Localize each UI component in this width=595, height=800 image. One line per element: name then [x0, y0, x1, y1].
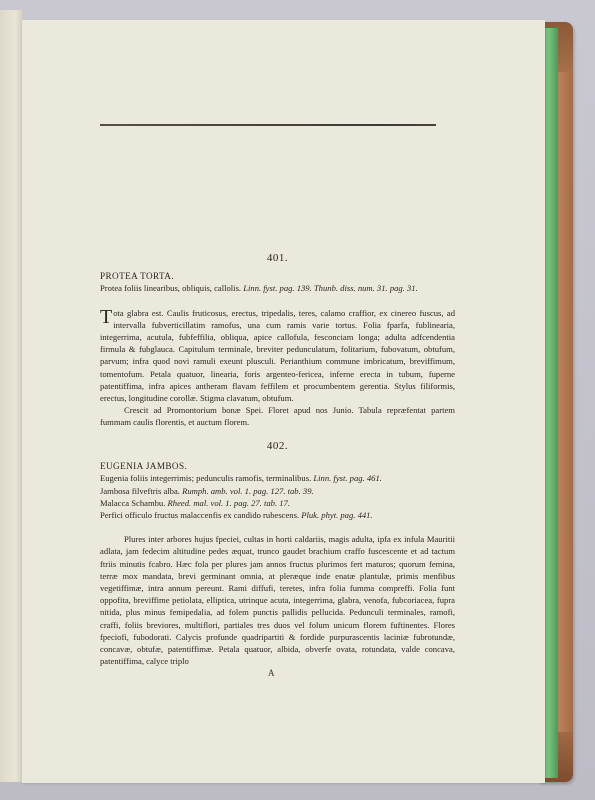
synonym-reference: Rheed. mal. vol. 1. pag. 27. tab. 17.	[168, 498, 290, 508]
entry-title: PROTEA TORTA.	[100, 270, 455, 282]
synonym-line: Perfici officulo fructus malaccenfis ex …	[100, 509, 455, 521]
description-paragraph: Tota glabra est. Caulis fruticosus, erec…	[100, 307, 455, 405]
synonym-text: Eugenia foliis integerrimis; pedunculis …	[100, 473, 311, 483]
synonym-text: Protea foliis linearibus, obliquis, call…	[100, 283, 241, 293]
description-paragraph: Plures inter arbores hujus fpeciei, cult…	[100, 533, 455, 667]
habitat-paragraph: Crescit ad Promontorium bonæ Spei. Flore…	[100, 404, 455, 428]
synonym-line: Jambosa filveftris alba. Rumph. amb. vol…	[100, 485, 455, 497]
synonym-line: Eugenia foliis integerrimis; pedunculis …	[100, 472, 455, 484]
synonym-reference: Linn. fyst. pag. 139. Thunb. diss. num. …	[243, 283, 418, 293]
synonym-reference: Pluk. phyt. pag. 441.	[301, 510, 372, 520]
entry-402: 402. EUGENIA JAMBOS. Eugenia foliis inte…	[100, 440, 455, 667]
signature-mark: A	[268, 668, 275, 678]
book-page: 401. PROTEA TORTA. Protea foliis lineari…	[22, 20, 545, 783]
synonym-line: Protea foliis linearibus, obliquis, call…	[100, 282, 455, 294]
left-page-edge	[0, 10, 23, 782]
entry-title: EUGENIA JAMBOS.	[100, 460, 455, 472]
paragraph-text: ota glabra est. Caulis fruticosus, erect…	[100, 308, 455, 403]
synonym-reference: Linn. fyst. pag. 461.	[313, 473, 382, 483]
synonym-text: Perfici officulo fructus malaccenfis ex …	[100, 510, 299, 520]
green-page-edges	[543, 28, 558, 778]
synonym-text: Malacca Schambu.	[100, 498, 165, 508]
entry-401: 401. PROTEA TORTA. Protea foliis lineari…	[100, 252, 455, 429]
header-rule	[100, 124, 436, 126]
synonym-text: Jambosa filveftris alba.	[100, 486, 180, 496]
drop-cap: T	[100, 308, 112, 326]
synonym-line: Malacca Schambu. Rheed. mal. vol. 1. pag…	[100, 497, 455, 509]
entry-number: 402.	[100, 440, 455, 452]
entry-number: 401.	[100, 252, 455, 264]
synonym-reference: Rumph. amb. vol. 1. pag. 127. tab. 39.	[182, 486, 314, 496]
